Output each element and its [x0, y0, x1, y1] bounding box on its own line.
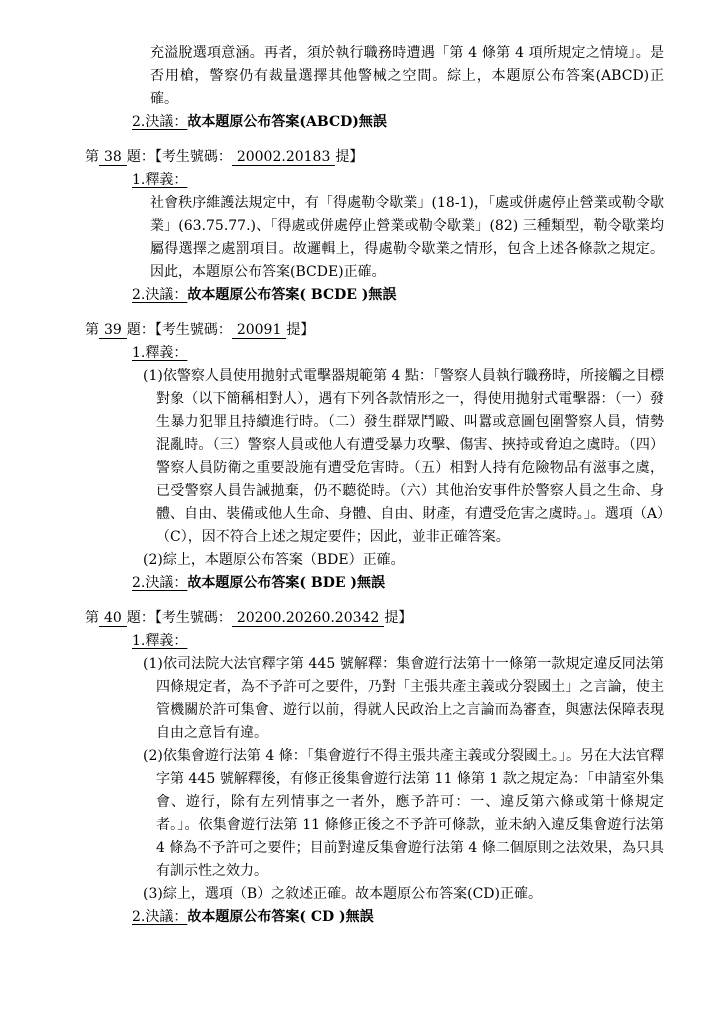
candidate-label: 題：【考生號碼：	[127, 322, 232, 338]
question-number-prefix: 第	[85, 149, 99, 165]
decision-label: 2.決議：	[132, 114, 187, 130]
decision-text: 故本題原公布答案( CD )無誤	[187, 909, 373, 925]
question-number-prefix: 第	[85, 322, 99, 338]
question-heading-suffix: 提】	[335, 149, 363, 165]
candidate-label: 題：【考生號碼：	[127, 149, 232, 165]
explanation-item: (1)依警察人員使用拋射式電擊器規範第 4 點：「警察人員執行職務時，所接觸之目…	[143, 365, 664, 549]
explanation-item: (2)依集會遊行法第 4 條：「集會遊行不得主張共產主義或分裂國土。」。另在大法…	[143, 745, 664, 883]
item-text: 綜上，本題原公布答案（BDE）正確。	[163, 552, 405, 568]
item-marker: (1)	[143, 368, 163, 384]
explanation-label: 1.釋義：	[132, 172, 187, 188]
decision-text: 故本題原公布答案( BDE )無誤	[187, 575, 385, 591]
explanation-body: 社會秩序維護法規定中，有「得處勒令歇業」(18-1)，「處或併處停止營業或勒令歇…	[150, 192, 664, 284]
explanation-label: 1.釋義：	[132, 633, 187, 649]
question-heading-suffix: 提】	[286, 322, 314, 338]
item-text: 依司法院大法官釋字第 445 號解釋：集會遊行法第十一條第一款規定違反同法第四條…	[156, 656, 664, 741]
decision-text: 故本題原公布答案(ABCD)無誤	[187, 114, 387, 130]
continuation-body: 充溢脫選項意涵。再者，須於執行職務時遭遇「第 4 條第 4 項所規定之情境」。是…	[150, 42, 664, 111]
item-marker: (2)	[143, 552, 163, 568]
decision-label: 2.決議：	[132, 287, 187, 303]
question-number: 38	[99, 149, 127, 166]
question-39-section: 第39題：【考生號碼：20091提】 1.釋義： (1)依警察人員使用拋射式電擊…	[85, 319, 664, 595]
document-page: 充溢脫選項意涵。再者，須於執行職務時遭遇「第 4 條第 4 項所規定之情境」。是…	[0, 0, 724, 1024]
decision-label: 2.決議：	[132, 909, 187, 925]
item-marker: (2)	[143, 748, 163, 764]
decision-text: 故本題原公布答案( BCDE )無誤	[187, 287, 396, 303]
question-number: 40	[99, 610, 127, 627]
item-marker: (1)	[143, 656, 163, 672]
candidate-numbers: 20091	[232, 322, 287, 339]
explanation-label-line: 1.釋義：	[132, 630, 664, 653]
question-heading: 第38題：【考生號碼：20002.20183提】	[85, 146, 664, 169]
item-text: 依警察人員使用拋射式電擊器規範第 4 點：「警察人員執行職務時，所接觸之目標對象…	[156, 368, 664, 545]
explanation-item: (1)依司法院大法官釋字第 445 號解釋：集會遊行法第十一條第一款規定違反同法…	[143, 653, 664, 745]
decision-label: 2.決議：	[132, 575, 187, 591]
question-heading: 第40題：【考生號碼：20200.20260.20342提】	[85, 607, 664, 630]
question-40-section: 第40題：【考生號碼：20200.20260.20342提】 1.釋義： (1)…	[85, 607, 664, 929]
explanation-item: (3)綜上，選項（B）之敘述正確。故本題原公布答案(CD)正確。	[143, 883, 664, 906]
decision-line: 2.決議：故本題原公布答案( BDE )無誤	[132, 572, 664, 595]
question-number-prefix: 第	[85, 610, 99, 626]
continuation-block: 充溢脫選項意涵。再者，須於執行職務時遭遇「第 4 條第 4 項所規定之情境」。是…	[85, 42, 664, 134]
explanation-item: (2)綜上，本題原公布答案（BDE）正確。	[143, 549, 664, 572]
decision-line: 2.決議：故本題原公布答案( CD )無誤	[132, 906, 664, 929]
explanation-label-line: 1.釋義：	[132, 169, 664, 192]
candidate-numbers: 20200.20260.20342	[232, 610, 385, 627]
item-text: 綜上，選項（B）之敘述正確。故本題原公布答案(CD)正確。	[163, 886, 542, 902]
item-marker: (3)	[143, 886, 163, 902]
item-text: 依集會遊行法第 4 條：「集會遊行不得主張共產主義或分裂國土。」。另在大法官釋字…	[156, 748, 664, 879]
question-heading-suffix: 提】	[384, 610, 412, 626]
explanation-label: 1.釋義：	[132, 345, 187, 361]
candidate-label: 題：【考生號碼：	[127, 610, 232, 626]
question-heading: 第39題：【考生號碼：20091提】	[85, 319, 664, 342]
decision-line: 2.決議：故本題原公布答案(ABCD)無誤	[132, 111, 664, 134]
question-38-section: 第38題：【考生號碼：20002.20183提】 1.釋義： 社會秩序維護法規定…	[85, 146, 664, 307]
candidate-numbers: 20002.20183	[232, 149, 336, 166]
question-number: 39	[99, 322, 127, 339]
decision-line: 2.決議：故本題原公布答案( BCDE )無誤	[132, 284, 664, 307]
explanation-label-line: 1.釋義：	[132, 342, 664, 365]
